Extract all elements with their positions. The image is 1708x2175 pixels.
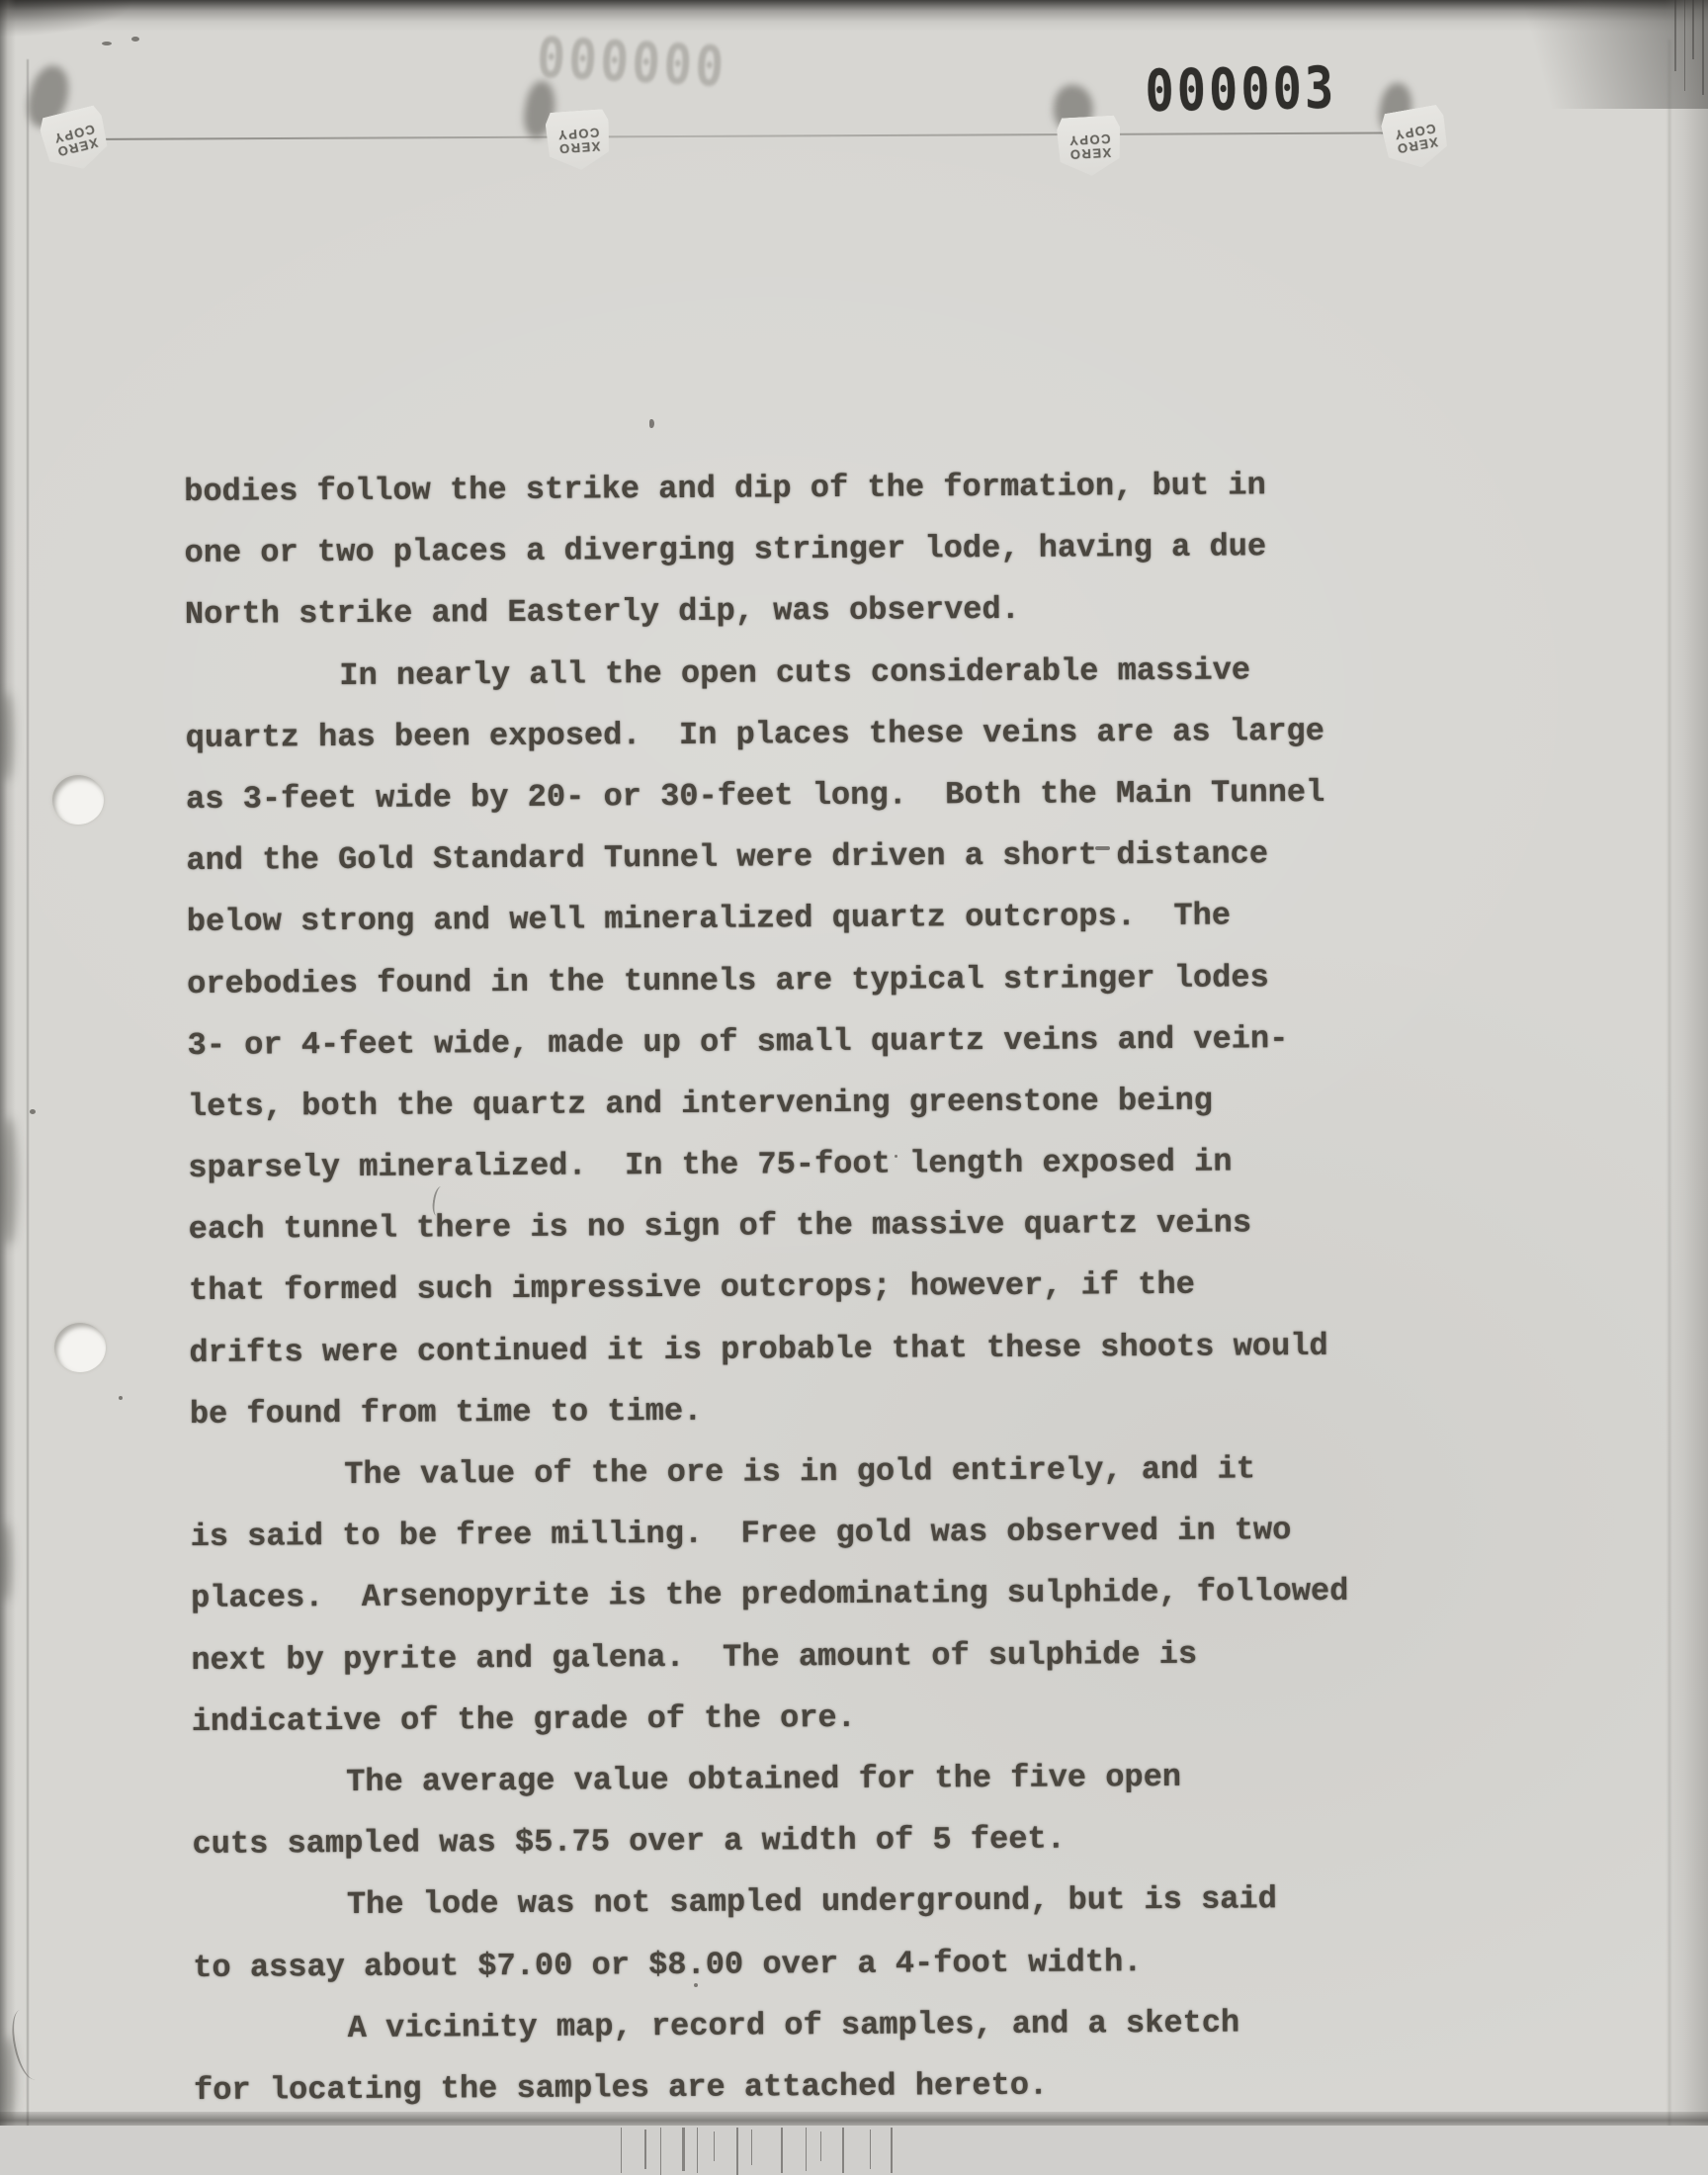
ghost-stamp-number: 000000 xyxy=(536,26,728,100)
edge-smudge xyxy=(0,1522,12,1602)
punch-hole-top xyxy=(52,775,104,825)
punch-hole-bottom xyxy=(54,1323,106,1372)
ink-speck xyxy=(30,1109,36,1114)
xero-copy-tab: XEROCOPY xyxy=(1379,104,1451,173)
xero-copy-label: XEROCOPY xyxy=(1392,121,1438,155)
text-line: sparsely mineralized. In the 75-foot len… xyxy=(188,1130,1502,1199)
text-line: A vicinity map, record of samples, and a… xyxy=(193,1991,1507,2060)
scan-streak xyxy=(1684,0,1685,91)
scan-streak xyxy=(891,2128,893,2173)
scan-streak xyxy=(842,2128,844,2173)
scan-streak xyxy=(806,2128,807,2171)
scan-streak xyxy=(870,2130,871,2169)
text-line: be found from time to time. xyxy=(190,1376,1504,1445)
text-line: quartz has been exposed. In places these… xyxy=(186,700,1500,769)
scan-streak xyxy=(621,2128,622,2173)
text-line: next by pyrite and galena. The amount of… xyxy=(191,1621,1505,1691)
stamp-number: 000003 xyxy=(1145,54,1337,125)
xero-copy-label: XEROCOPY xyxy=(556,126,601,156)
xero-copy-tab: XEROCOPY xyxy=(545,109,612,172)
xero-copy-label: XEROCOPY xyxy=(51,122,99,159)
underlying-sheet xyxy=(0,2126,1708,2175)
scan-streak xyxy=(682,2128,685,2171)
text-line: each tunnel there is no sign of the mass… xyxy=(189,1191,1503,1261)
scan-streak xyxy=(781,2128,783,2173)
scan-corner-top-left xyxy=(0,0,208,59)
scan-streak xyxy=(697,2128,698,2173)
text-line: bodies follow the strike and dip of the … xyxy=(184,454,1498,523)
left-fold-crease xyxy=(27,59,29,2155)
document-text: bodies follow the strike and dip of the … xyxy=(184,454,1508,2122)
ink-speck xyxy=(649,419,654,428)
text-line: and the Gold Standard Tunnel were driven… xyxy=(186,823,1500,892)
text-line: In nearly all the open cuts considerable… xyxy=(185,638,1499,707)
xero-copy-label: XEROCOPY xyxy=(1067,131,1111,161)
text-line: indicative of the grade of the ore. xyxy=(192,1684,1506,1753)
text-line: that formed such impressive outcrops; ho… xyxy=(189,1253,1503,1322)
scanned-page: 000000 000003 XEROCOPY XEROCOPY XEROCOPY… xyxy=(0,0,1708,2175)
text-line: one or two places a diverging stringer l… xyxy=(184,515,1498,584)
scan-streak xyxy=(714,2131,715,2161)
scan-streak xyxy=(1702,0,1704,95)
scan-edge-left xyxy=(0,0,16,2175)
edge-smudge xyxy=(0,1117,18,1246)
text-line: drifts were continued it is probable tha… xyxy=(189,1314,1503,1383)
scan-streak xyxy=(644,2130,646,2169)
text-line: as 3-feet wide by 20- or 30-feet long. B… xyxy=(186,761,1500,830)
text-line: places. Arsenopyrite is the predominatin… xyxy=(191,1560,1505,1629)
ink-speck xyxy=(1095,846,1110,850)
scan-streak xyxy=(736,2128,738,2175)
text-line: is said to be free milling. Free gold wa… xyxy=(190,1499,1504,1568)
scan-streak xyxy=(1674,0,1676,71)
text-line: The value of the ore is in gold entirely… xyxy=(190,1437,1504,1507)
text-line: to assay about $7.00 or $8.00 over a 4-f… xyxy=(193,1929,1507,1998)
text-line: The average value obtained for the five … xyxy=(192,1745,1506,1814)
text-line: 3- or 4-feet wide, made up of small quar… xyxy=(187,1007,1501,1077)
text-line: below strong and well mineralized quartz… xyxy=(187,884,1501,953)
scan-edge-top xyxy=(0,0,1708,32)
sheet-right-edge xyxy=(1668,40,1670,2155)
scan-streak xyxy=(1692,0,1694,59)
scan-streak xyxy=(660,2128,661,2175)
text-line: orebodies found in the tunnels are typic… xyxy=(187,945,1501,1014)
text-line: cuts sampled was $5.75 over a width of 5… xyxy=(192,1806,1506,1875)
ink-speck xyxy=(895,1155,897,1158)
ink-speck xyxy=(119,1396,123,1400)
scan-streak xyxy=(820,2131,821,2161)
underlying-page-edge-line xyxy=(79,131,1415,140)
text-line: The lode was not sampled underground, bu… xyxy=(193,1868,1507,1937)
edge-smudge xyxy=(0,692,14,781)
scan-streak xyxy=(751,2130,752,2165)
ink-speck xyxy=(694,1983,698,1987)
text-line: lets, both the quartz and intervening gr… xyxy=(188,1069,1502,1138)
xero-copy-tab: XEROCOPY xyxy=(1056,115,1122,177)
text-line: North strike and Easterly dip, was obser… xyxy=(185,576,1499,646)
scan-edge-right xyxy=(1665,0,1708,2175)
